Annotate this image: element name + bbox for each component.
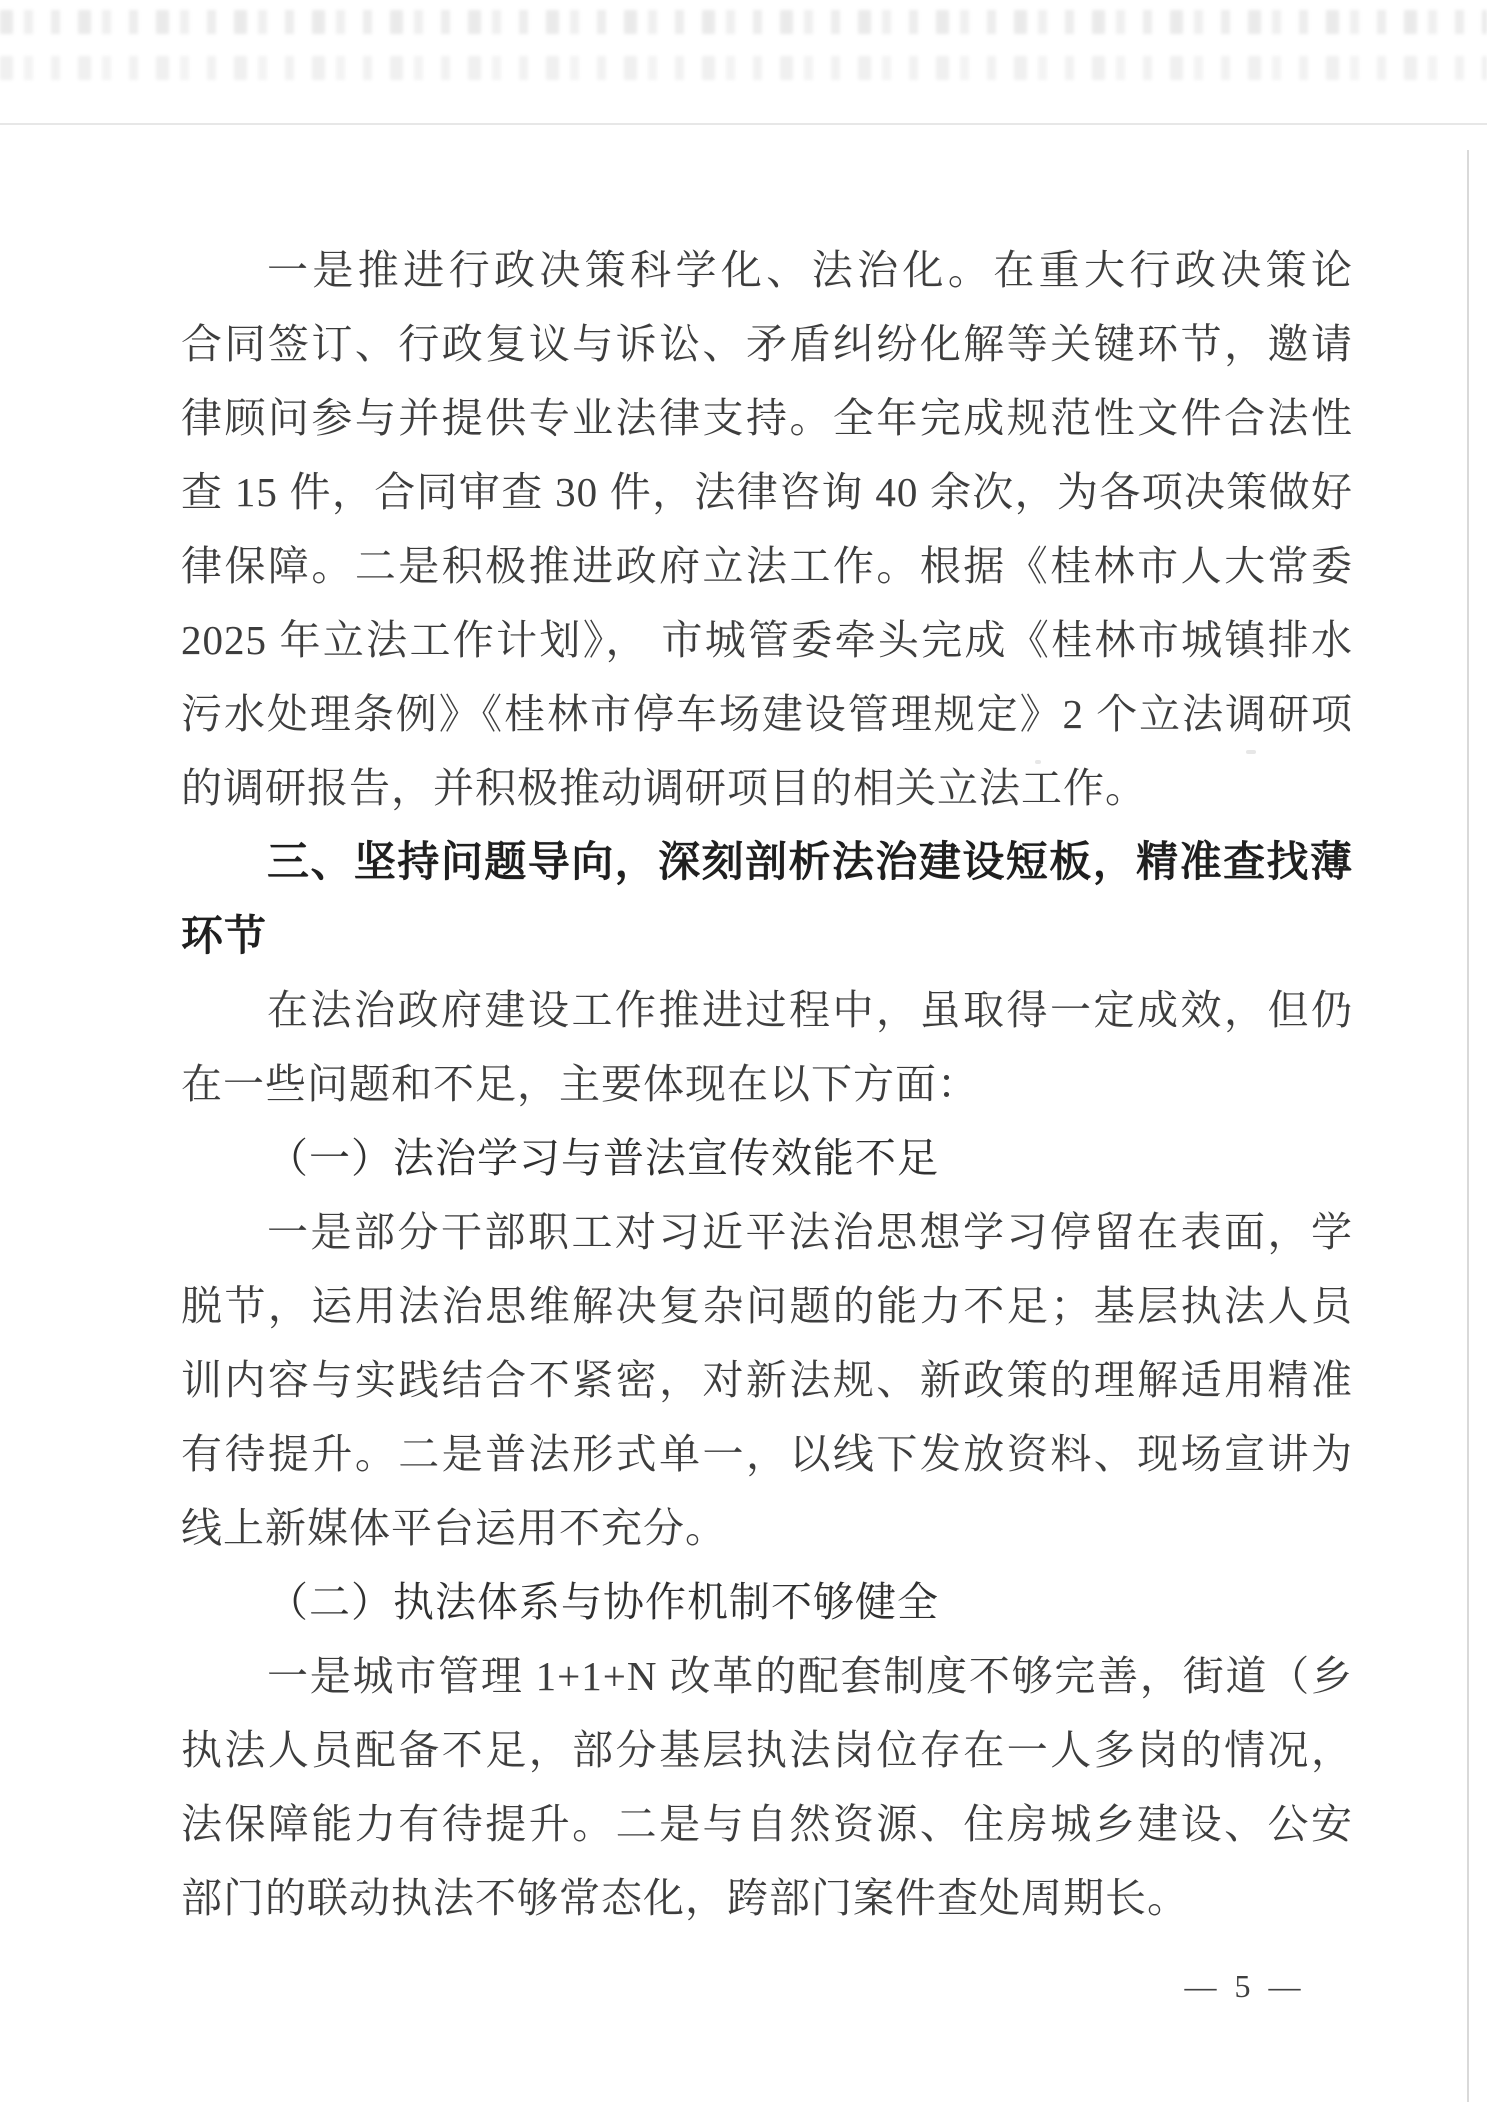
scan-horizontal-line-artifact <box>0 123 1487 125</box>
body-text-line: 有待提升。二是普法形式单一，以线下发放资料、现场宣讲为主， <box>181 1417 1353 1491</box>
document-body: 一是推进行政决策科学化、法治化。在重大行政决策论证、 合同签订、行政复议与诉讼、… <box>181 233 1353 1935</box>
body-text-line: 的调研报告，并积极推动调研项目的相关立法工作。 <box>181 751 1353 825</box>
body-text-line: 2025 年立法工作计划》， 市城管委牵头完成《桂林市城镇排水与 <box>181 603 1353 677</box>
body-text-line: 在法治政府建设工作推进过程中，虽取得一定成效，但仍存 <box>181 973 1353 1047</box>
body-text-line: 执法人员配备不足，部分基层执法岗位存在一人多岗的情况，执 <box>181 1713 1353 1787</box>
body-text-line: 法保障能力有待提升。二是与自然资源、住房城乡建设、公安等 <box>181 1787 1353 1861</box>
scanned-document-page: 一是推进行政决策科学化、法治化。在重大行政决策论证、 合同签订、行政复议与诉讼、… <box>0 0 1487 2102</box>
body-text-line: 部门的联动执法不够常态化，跨部门案件查处周期长。 <box>181 1861 1353 1935</box>
body-text-line: 训内容与实践结合不紧密，对新法规、新政策的理解适用精准度 <box>181 1343 1353 1417</box>
section-heading-line: 环节 <box>181 899 1353 973</box>
body-text-line: 一是推进行政决策科学化、法治化。在重大行政决策论证、 <box>181 233 1353 307</box>
body-text-line: 律保障。二是积极推进政府立法工作。根据《桂林市人大常委会 <box>181 529 1353 603</box>
body-text-line: 一是城市管理 1+1+N 改革的配套制度不够完善，街道（乡镇） <box>181 1639 1353 1713</box>
body-text-line: 污水处理条例》《桂林市停车场建设管理规定》2 个立法调研项目 <box>181 677 1353 751</box>
body-text-line: 一是部分干部职工对习近平法治思想学习停留在表面，学用 <box>181 1195 1353 1269</box>
section-heading-line: 三、坚持问题导向，深刻剖析法治建设短板，精准查找薄弱 <box>181 825 1353 899</box>
subsection-heading-line: （二）执法体系与协作机制不够健全 <box>181 1565 1353 1639</box>
body-text-line: 在一些问题和不足，主要体现在以下方面： <box>181 1047 1353 1121</box>
body-text-line: 合同签订、行政复议与诉讼、矛盾纠纷化解等关键环节，邀请法 <box>181 307 1353 381</box>
scan-bleedthrough-artifact <box>0 10 1487 34</box>
scan-vertical-line-artifact <box>1467 150 1469 2102</box>
subsection-heading-line: （一）法治学习与普法宣传效能不足 <box>181 1121 1353 1195</box>
scan-bleedthrough-artifact <box>0 56 1487 80</box>
body-text-line: 线上新媒体平台运用不充分。 <box>181 1491 1353 1565</box>
page-number: — 5 — <box>1130 1962 1360 2010</box>
body-text-line: 脱节，运用法治思维解决复杂问题的能力不足；基层执法人员培 <box>181 1269 1353 1343</box>
body-text-line: 律顾问参与并提供专业法律支持。全年完成规范性文件合法性审 <box>181 381 1353 455</box>
body-text-line: 查 15 件，合同审查 30 件，法律咨询 40 余次，为各项决策做好法 <box>181 455 1353 529</box>
